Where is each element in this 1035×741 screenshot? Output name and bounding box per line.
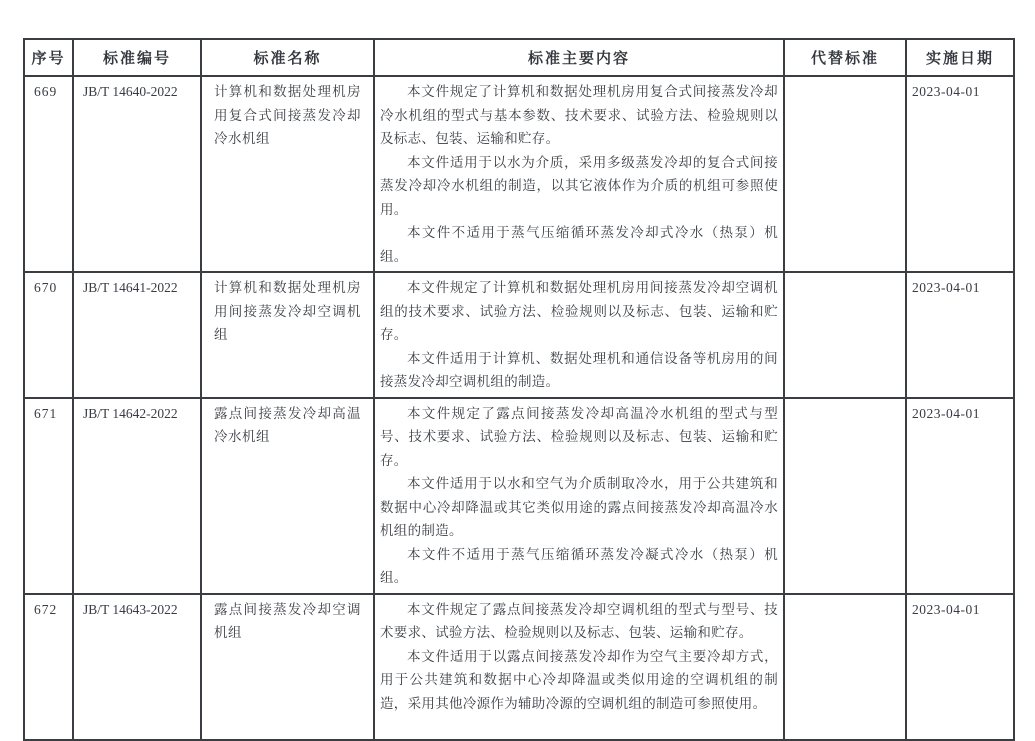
standard-name: 计算机和数据处理机房用间接蒸发冷却空调机组 xyxy=(201,272,374,398)
content-paragraph: 本文件规定了计算机和数据处理机房用复合式间接蒸发冷却冷水机组的型式与基本参数、技… xyxy=(380,80,778,151)
content-paragraph: 本文件适用于计算机、数据处理机和通信设备等机房用的间接蒸发冷却空调机组的制造。 xyxy=(380,347,778,394)
header-standard-no: 标准编号 xyxy=(73,39,201,76)
header-replaced-standard: 代替标准 xyxy=(784,39,906,76)
content-paragraph: 本文件规定了露点间接蒸发冷却高温冷水机组的型式与型号、技术要求、试验方法、检验规… xyxy=(380,402,778,473)
serial-number: 670 xyxy=(24,272,73,398)
standard-name: 露点间接蒸发冷却高温冷水机组 xyxy=(201,398,374,594)
content-paragraph: 本文件不适用于蒸气压缩循环蒸发冷却式冷水（热泵）机组。 xyxy=(380,221,778,268)
standard-main-content: 本文件规定了计算机和数据处理机房用间接蒸发冷却空调机组的技术要求、试验方法、检验… xyxy=(374,272,784,398)
table-row: 670 JB/T 14641-2022 计算机和数据处理机房用间接蒸发冷却空调机… xyxy=(24,272,1014,398)
serial-number: 672 xyxy=(24,594,73,740)
header-implementation-date: 实施日期 xyxy=(906,39,1014,76)
replaced-standard xyxy=(784,398,906,594)
implementation-date: 2023-04-01 xyxy=(906,398,1014,594)
table-row: 671 JB/T 14642-2022 露点间接蒸发冷却高温冷水机组 本文件规定… xyxy=(24,398,1014,594)
header-standard-name: 标准名称 xyxy=(201,39,374,76)
content-paragraph: 本文件规定了露点间接蒸发冷却空调机组的型式与型号、技术要求、试验方法、检验规则以… xyxy=(380,598,778,645)
content-paragraph: 本文件不适用于蒸气压缩循环蒸发冷凝式冷水（热泵）机组。 xyxy=(380,543,778,590)
standard-number: JB/T 14642-2022 xyxy=(73,398,201,594)
implementation-date: 2023-04-01 xyxy=(906,594,1014,740)
standard-number: JB/T 14640-2022 xyxy=(73,76,201,272)
standard-main-content: 本文件规定了露点间接蒸发冷却空调机组的型式与型号、技术要求、试验方法、检验规则以… xyxy=(374,594,784,740)
replaced-standard xyxy=(784,594,906,740)
table-header-row: 序号 标准编号 标准名称 标准主要内容 代替标准 实施日期 xyxy=(24,39,1014,76)
header-serial: 序号 xyxy=(24,39,73,76)
standard-number: JB/T 14641-2022 xyxy=(73,272,201,398)
content-paragraph: 本文件适用于以露点间接蒸发冷却作为空气主要冷却方式，用于公共建筑和数据中心冷却降… xyxy=(380,645,778,716)
table-row: 669 JB/T 14640-2022 计算机和数据处理机房用复合式间接蒸发冷却… xyxy=(24,76,1014,272)
standard-main-content: 本文件规定了露点间接蒸发冷却高温冷水机组的型式与型号、技术要求、试验方法、检验规… xyxy=(374,398,784,594)
serial-number: 669 xyxy=(24,76,73,272)
standard-number: JB/T 14643-2022 xyxy=(73,594,201,740)
standard-main-content: 本文件规定了计算机和数据处理机房用复合式间接蒸发冷却冷水机组的型式与基本参数、技… xyxy=(374,76,784,272)
content-paragraph: 本文件规定了计算机和数据处理机房用间接蒸发冷却空调机组的技术要求、试验方法、检验… xyxy=(380,276,778,347)
standard-name: 露点间接蒸发冷却空调机组 xyxy=(201,594,374,740)
standard-name: 计算机和数据处理机房用复合式间接蒸发冷却冷水机组 xyxy=(201,76,374,272)
content-paragraph: 本文件适用于以水和空气为介质制取冷水，用于公共建筑和数据中心冷却降温或其它类似用… xyxy=(380,472,778,543)
serial-number: 671 xyxy=(24,398,73,594)
replaced-standard xyxy=(784,76,906,272)
table-row: 672 JB/T 14643-2022 露点间接蒸发冷却空调机组 本文件规定了露… xyxy=(24,594,1014,740)
header-main-content: 标准主要内容 xyxy=(374,39,784,76)
content-paragraph: 本文件适用于以水为介质，采用多级蒸发冷却的复合式间接蒸发冷却冷水机组的制造，以其… xyxy=(380,151,778,222)
replaced-standard xyxy=(784,272,906,398)
implementation-date: 2023-04-01 xyxy=(906,272,1014,398)
standards-table: 序号 标准编号 标准名称 标准主要内容 代替标准 实施日期 669 JB/T 1… xyxy=(23,38,1015,741)
implementation-date: 2023-04-01 xyxy=(906,76,1014,272)
